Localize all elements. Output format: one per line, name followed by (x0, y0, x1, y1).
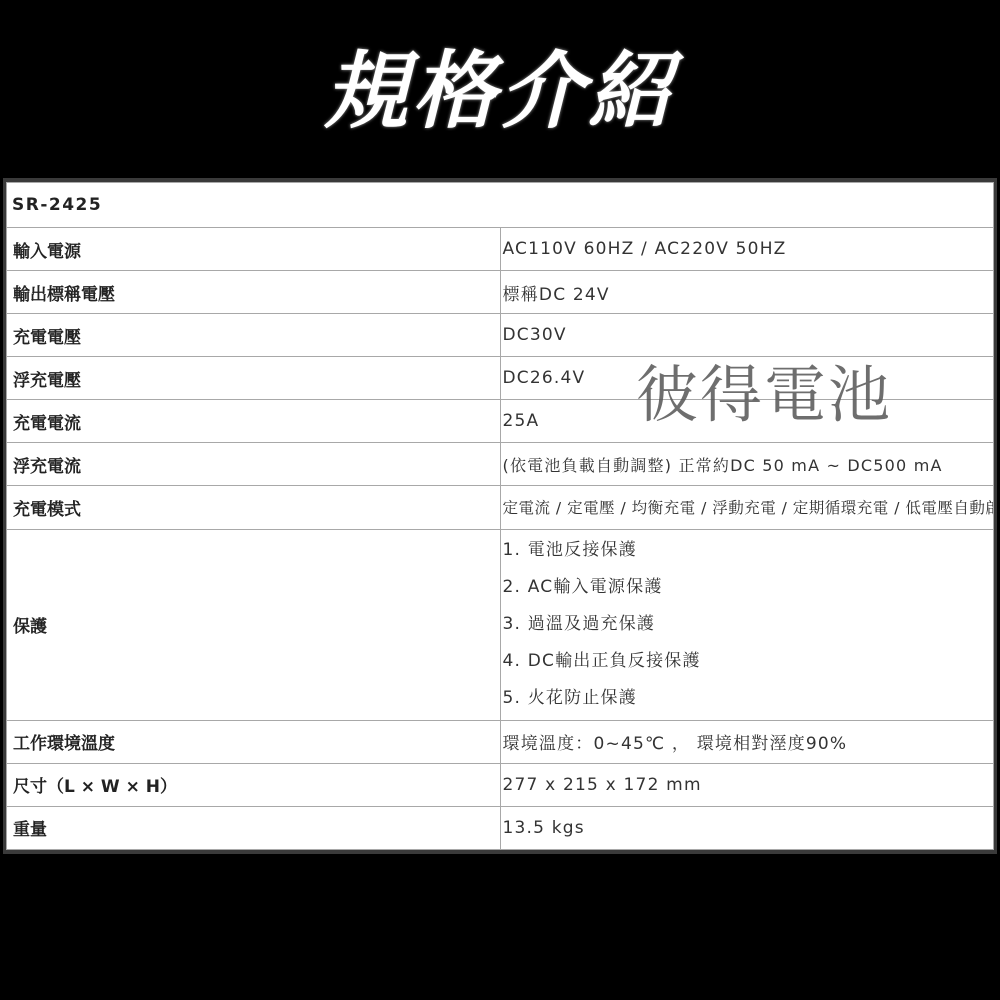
protection-item: 5. 火花防止保護 (503, 680, 994, 717)
table-row-model: SR-2425 (7, 183, 994, 228)
row-value: (依電池負載自動調整) 正常約DC 50 mA ~ DC500 mA (500, 443, 994, 486)
row-value: 環境溫度：0~45℃ ， 環境相對溼度90% (500, 720, 994, 763)
row-value: 標稱DC 24V (500, 271, 994, 314)
row-label: 輸出標稱電壓 (7, 271, 501, 314)
table-row: 工作環境溫度 環境溫度：0~45℃ ， 環境相對溼度90% (7, 720, 994, 763)
row-value: 定電流 / 定電壓 / 均衡充電 / 浮動充電 / 定期循環充電 / 低電壓自動… (500, 486, 994, 529)
protection-item: 3. 過溫及過充保護 (503, 606, 994, 643)
table-row: 尺寸（L × W × H） 277 x 215 x 172 mm (7, 763, 994, 806)
protection-list: 1. 電池反接保護 2. AC輸入電源保護 3. 過溫及過充保護 4. DC輸出… (500, 529, 994, 720)
row-label: 充電模式 (7, 486, 501, 529)
row-value: AC110V 60HZ / AC220V 50HZ (500, 228, 994, 271)
table-row: 輸出標稱電壓 標稱DC 24V (7, 271, 994, 314)
row-value: DC26.4V (500, 357, 994, 400)
table-row: 充電模式 定電流 / 定電壓 / 均衡充電 / 浮動充電 / 定期循環充電 / … (7, 486, 994, 529)
row-value: 13.5 kgs (500, 806, 994, 849)
protection-item: 1. 電池反接保護 (503, 532, 994, 569)
table-row: 浮充電壓 DC26.4V (7, 357, 994, 400)
page-title: 規格介紹 (0, 36, 1000, 146)
table-row: 浮充電流 (依電池負載自動調整) 正常約DC 50 mA ~ DC500 mA (7, 443, 994, 486)
table-row-protection: 保護 1. 電池反接保護 2. AC輸入電源保護 3. 過溫及過充保護 4. D… (7, 529, 994, 720)
spec-table: SR-2425 輸入電源 AC110V 60HZ / AC220V 50HZ 輸… (3, 178, 997, 854)
row-label: 浮充電流 (7, 443, 501, 486)
row-label: 輸入電源 (7, 228, 501, 271)
table-row: 重量 13.5 kgs (7, 806, 994, 849)
model-name: SR-2425 (7, 183, 994, 228)
row-value: DC30V (500, 314, 994, 357)
row-label: 尺寸（L × W × H） (7, 763, 501, 806)
table-row: 充電電壓 DC30V (7, 314, 994, 357)
table-row: 充電電流 25A (7, 400, 994, 443)
table-row: 輸入電源 AC110V 60HZ / AC220V 50HZ (7, 228, 994, 271)
protection-item: 2. AC輸入電源保護 (503, 569, 994, 606)
row-label: 重量 (7, 806, 501, 849)
row-label: 浮充電壓 (7, 357, 501, 400)
protection-item: 4. DC輸出正負反接保護 (503, 643, 994, 680)
row-value: 25A (500, 400, 994, 443)
row-label: 工作環境溫度 (7, 720, 501, 763)
row-label: 充電電流 (7, 400, 501, 443)
row-label: 充電電壓 (7, 314, 501, 357)
row-label: 保護 (7, 529, 501, 720)
row-value: 277 x 215 x 172 mm (500, 763, 994, 806)
